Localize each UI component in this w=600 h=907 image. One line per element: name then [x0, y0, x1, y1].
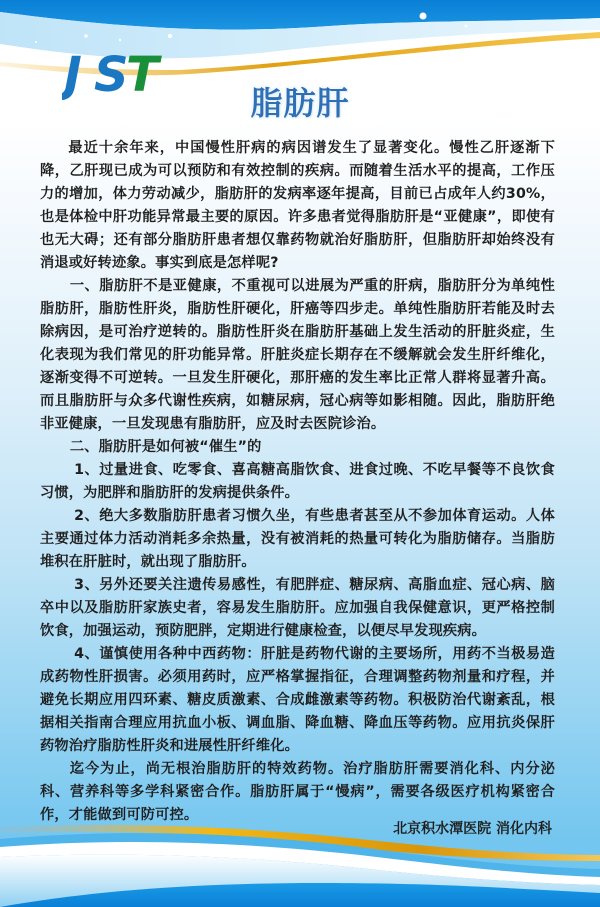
cause-item-1: 1、过量进食、吃零食、喜高糖高脂饮食、进食过晚、不吃早餐等不良饮食习惯，为肥胖和… — [40, 459, 555, 505]
section-1-paragraph: 一、脂肪肝不是亚健康，不重视可以进展为严重的肝病，脂肪肝分为单纯性脂肪肝，脂肪性… — [40, 275, 555, 436]
cause-item-4: 4、谨慎使用各种中西药物：肝脏是药物代谢的主要场所，用药不当极易造成药物性肝损害… — [40, 643, 555, 758]
cause-item-3: 3、另外还要关注遗传易感性，有肥胖症、糖尿病、高脂血症、冠心病、脑卒中以及脂肪肝… — [40, 574, 555, 643]
intro-paragraph: 最近十余年来，中国慢性肝病的病因谱发生了显著变化。慢性乙肝逐渐下降，乙肝现已成为… — [40, 137, 555, 275]
footer-wave-banner — [0, 817, 600, 907]
section-2-heading: 二、脂肪肝是如何被“催生”的 — [40, 436, 555, 459]
article-body: 最近十余年来，中国慢性肝病的病因谱发生了显著变化。慢性乙肝逐渐下降，乙肝现已成为… — [40, 137, 555, 827]
cause-item-2: 2、绝大多数脂肪肝患者习惯久坐，有些患者甚至从不参加体育运动。人体主要通过体力活… — [40, 505, 555, 574]
page-title: 脂肪肝 — [0, 78, 600, 124]
